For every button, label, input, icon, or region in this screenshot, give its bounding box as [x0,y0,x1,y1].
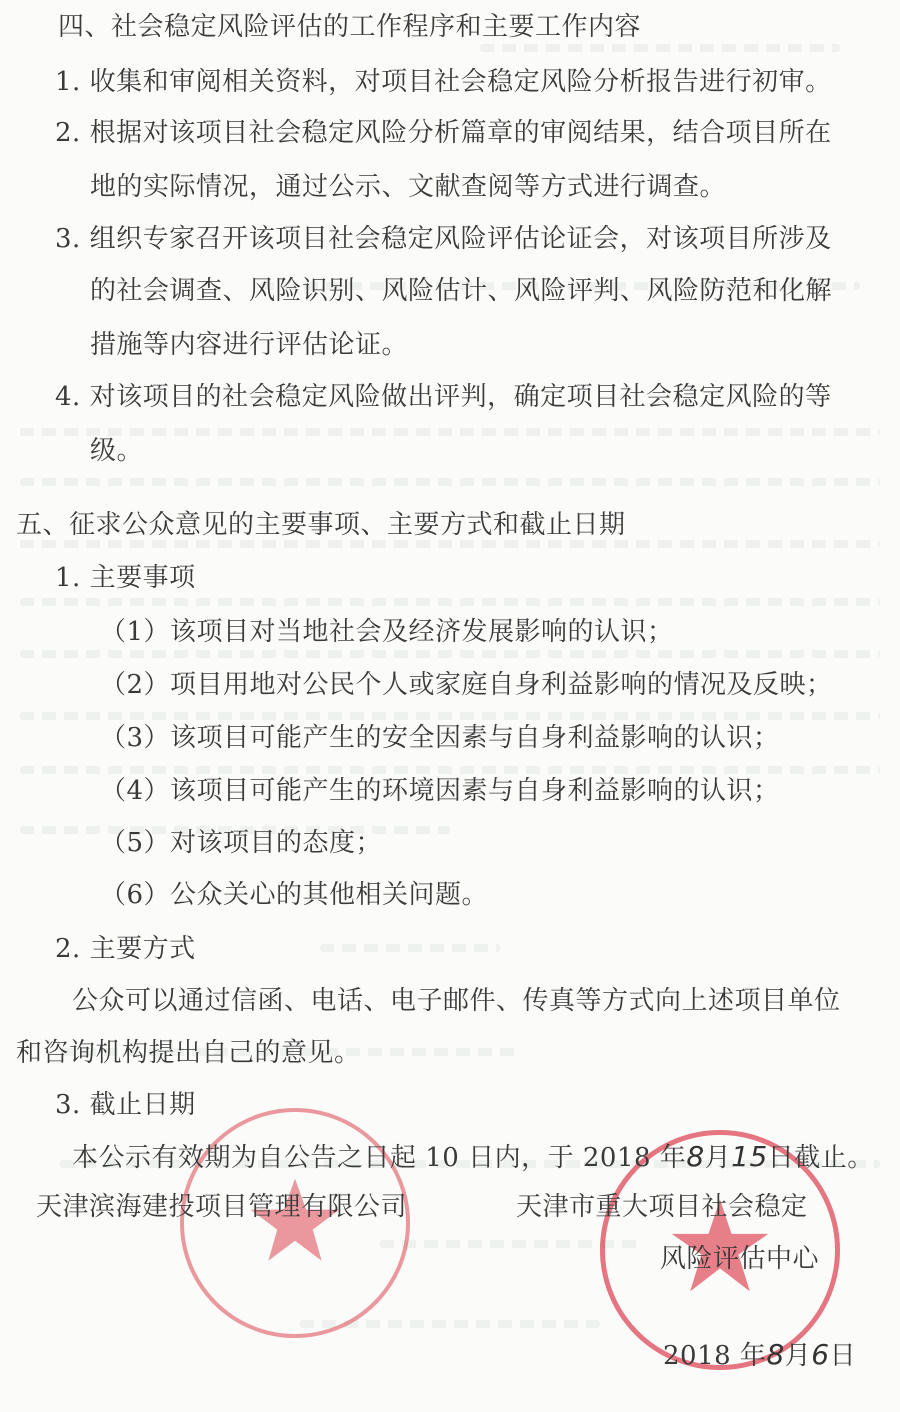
bleed-through-text [20,540,880,548]
method-paragraph-line2: 和咨询机构提出自己的意见。 [16,1038,361,1068]
left-organization-name: 天津滨海建投项目管理有限公司 [36,1192,407,1222]
bleed-through-text [20,478,880,486]
section-5-sub3-title: 3. 截止日期 [55,1090,196,1120]
date-day-suffix: 日 [830,1341,857,1371]
signature-date: 2018 年8月6日 [663,1340,856,1371]
matter-item-1: （1）该项目对当地社会及经济发展影响的认识； [100,617,674,647]
bleed-through-text [20,598,880,606]
bleed-through-text [480,44,840,52]
matter-item-3: （3）该项目可能产生的安全因素与自身利益影响的认识； [100,723,780,753]
deadline-month-suffix: 月 [705,1143,732,1173]
bleed-through-text [20,428,880,436]
bleed-through-text [20,650,880,658]
section-4-item-2-cont: 地的实际情况，通过公示、文献查阅等方式进行调查。 [90,172,726,202]
section-4-item-3-cont: 的社会调查、风险识别、风险估计、风险评判、风险防范和化解 [90,276,832,306]
bleed-through-text [20,712,880,720]
document-page: 四、社会稳定风险评估的工作程序和主要工作内容 1. 收集和审阅相关资料，对项目社… [0,0,900,1412]
right-organization-name-line1: 天津市重大项目社会稳定 [516,1192,808,1222]
matter-item-5: （5）对该项目的态度； [100,828,382,858]
matter-item-6: （6）公众关心的其他相关问题。 [100,880,488,910]
section-4-item-4-cont: 级。 [90,436,143,466]
date-day-handwritten: 6 [811,1338,829,1371]
deadline-month-handwritten: 8 [686,1140,704,1173]
date-month-suffix: 月 [785,1341,812,1371]
deadline-day-handwritten: 15 [731,1140,768,1173]
section-4-heading: 四、社会稳定风险评估的工作程序和主要工作内容 [58,12,641,42]
section-4-item-4: 4. 对该项目的社会稳定风险做出评判，确定项目社会稳定风险的等 [55,382,832,412]
matter-item-4: （4）该项目可能产生的环境因素与自身利益影响的认识； [100,776,780,806]
section-5-sub2-title: 2. 主要方式 [55,934,196,964]
section-5-heading: 五、征求公众意见的主要事项、主要方式和截止日期 [16,510,626,540]
deadline-text-before: 本公示有效期为自公告之日起 10 日内，于 2018 年 [72,1143,686,1173]
bleed-through-text [320,944,500,952]
section-4-item-1: 1. 收集和审阅相关资料，对项目社会稳定风险分析报告进行初审。 [55,67,832,97]
section-4-item-3-cont2: 措施等内容进行评估论证。 [90,330,408,360]
method-paragraph-line1: 公众可以通过信函、电话、电子邮件、传真等方式向上述项目单位 [72,986,841,1016]
deadline-text-after: 日截止。 [768,1143,874,1173]
deadline-sentence: 本公示有效期为自公告之日起 10 日内，于 2018 年8月15日截止。 [72,1142,874,1173]
section-4-item-2: 2. 根据对该项目社会稳定风险分析篇章的审阅结果，结合项目所在 [55,118,832,148]
section-4-item-3: 3. 组织专家召开该项目社会稳定风险评估论证会，对该项目所涉及 [55,224,832,254]
bleed-through-text [20,766,880,774]
date-year: 2018 年 [663,1341,766,1371]
matter-item-2: （2）项目用地对公民个人或家庭自身利益影响的情况及反映； [100,670,833,700]
date-month-handwritten: 8 [766,1338,784,1371]
section-5-sub1-title: 1. 主要事项 [55,563,196,593]
right-organization-name-line2: 风险评估中心 [660,1244,819,1274]
